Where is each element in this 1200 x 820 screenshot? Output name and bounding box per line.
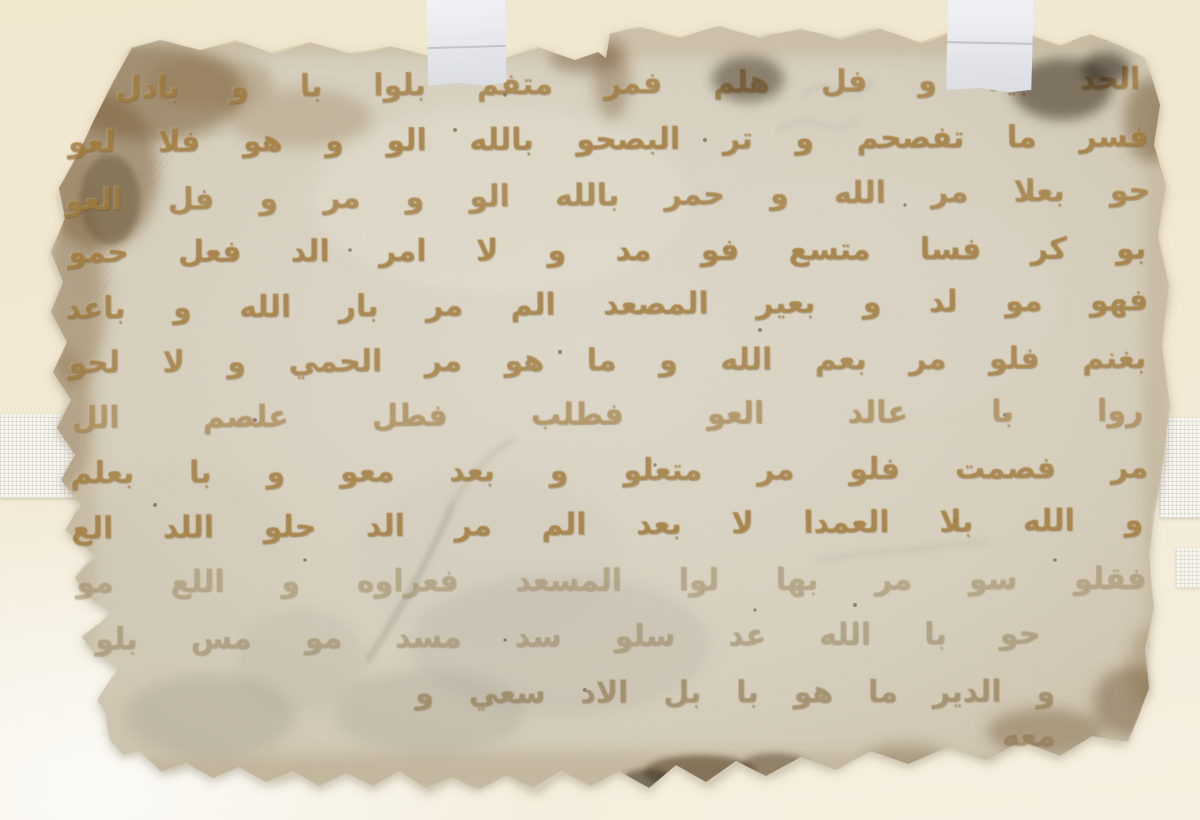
script-line: روا با عالد العو فطلب فطل علصم الل [71,389,1143,440]
tape-strip-top-right [946,0,1034,93]
manuscript-photograph: الحد بيد و فل هلم فمر متفم بلوا با و باد… [0,0,1200,820]
script-line: بغنم فلو مر بعم الله و ما هو مر الحمي و … [68,337,1146,386]
manuscript-text-block: الحد بيد و فل هلم فمر متفم بلوا با و باد… [0,0,1200,820]
script-line: حو با الله عد سلو سد مسد مو مس بلو [95,612,1040,662]
tape-fold-line [427,45,506,49]
script-line: مر فصمت فلو مر متعلو و بعد معو و با بعلم [70,446,1148,496]
ink-smudge [712,56,784,102]
script-line: فهو مو لد و بعير المصعد الم مر بار الله … [65,279,1148,332]
script-line: حو بعلا مر الله و حمر بالله الو و مر و ف… [65,169,1150,223]
tape-strip-top-center [426,0,508,87]
script-line: فقلو سو مر بها لوا المسعد فعراوه و اللع … [76,557,1146,605]
ink-smudge [1082,52,1130,84]
script-line: بو كر فسا متسع فو مد و لا امر الد فعل حم… [68,227,1146,275]
script-line: و الدير ما هو با بل الاد سعي و معه [415,670,1055,760]
tape-fold-line [947,41,1033,45]
script-line: فسر ما تفصحم و تر البصحو بالله الو و هو … [68,115,1148,165]
script-line: و الله بلا العمدا لا بعد الم مر الد حلو … [71,499,1143,551]
